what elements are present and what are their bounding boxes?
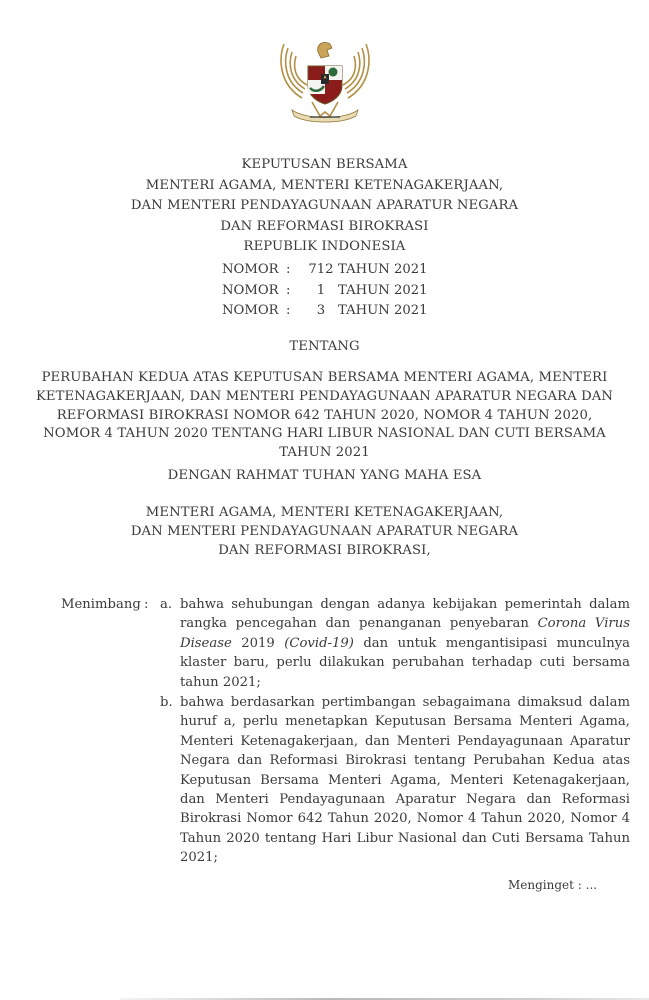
nomor-value: 712 — [304, 260, 338, 281]
nomor-year: TAHUN 2021 — [338, 260, 428, 281]
nomor-label: NOMOR — [222, 281, 286, 302]
subject-line: NOMOR 4 TAHUN 2020 TENTANG HARI LIBUR NA… — [0, 425, 649, 444]
title-line: DAN MENTERI PENDAYAGUNAAN APARATUR NEGAR… — [0, 196, 649, 217]
nomor-year: TAHUN 2021 — [338, 301, 428, 322]
nomor-colon: : — [286, 281, 304, 302]
menimbang-colon: : — [144, 595, 148, 614]
decree-numbers: NOMOR : 712 TAHUN 2021 NOMOR : 1 TAHUN 2… — [222, 260, 428, 322]
nomor-value: 3 — [304, 301, 338, 322]
subject-line: PERUBAHAN KEDUA ATAS KEPUTUSAN BERSAMA M… — [0, 369, 649, 388]
ministers-line: MENTERI AGAMA, MENTERI KETENAGAKERJAAN, — [0, 504, 649, 523]
item-letter: a. — [160, 595, 172, 614]
title-line: REPUBLIK INDONESIA — [0, 237, 649, 258]
nomor-value: 1 — [304, 281, 338, 302]
decree-subject: PERUBAHAN KEDUA ATAS KEPUTUSAN BERSAMA M… — [0, 369, 649, 463]
garuda-emblem-icon — [272, 30, 378, 128]
item-text-part: 2019 — [232, 636, 284, 651]
nomor-label: NOMOR — [222, 301, 286, 322]
title-line: KEPUTUSAN BERSAMA — [0, 155, 649, 176]
decree-number-row: NOMOR : 712 TAHUN 2021 — [222, 260, 428, 281]
menimbang-label: Menimbang — [61, 595, 141, 614]
item-text: bahwa sehubungan dengan adanya kebijakan… — [180, 595, 630, 692]
nomor-label: NOMOR — [222, 260, 286, 281]
invocation: DENGAN RAHMAT TUHAN YANG MAHA ESA — [0, 468, 649, 483]
nomor-colon: : — [286, 301, 304, 322]
title-line: DAN REFORMASI BIROKRASI — [0, 217, 649, 238]
title-line: MENTERI AGAMA, MENTERI KETENAGAKERJAAN, — [0, 176, 649, 197]
tentang-heading: TENTANG — [0, 339, 649, 354]
subject-line: REFORMASI BIROKRASI NOMOR 642 TAHUN 2020… — [0, 407, 649, 426]
page-continuation: Menginget : ... — [508, 878, 597, 892]
item-letter: b. — [160, 693, 173, 712]
decree-number-row: NOMOR : 1 TAHUN 2021 — [222, 281, 428, 302]
subject-line: TAHUN 2021 — [0, 444, 649, 463]
nomor-year: TAHUN 2021 — [338, 281, 428, 302]
subject-line: KETENAGAKERJAAN, DAN MENTERI PENDAYAGUNA… — [0, 388, 649, 407]
item-text: bahwa berdasarkan pertimbangan sebagaima… — [180, 693, 630, 868]
ministers-line: DAN REFORMASI BIROKRASI, — [0, 542, 649, 561]
item-text-italic: (Covid-19) — [284, 636, 354, 651]
document-title: KEPUTUSAN BERSAMA MENTERI AGAMA, MENTERI… — [0, 155, 649, 258]
ministers-heading: MENTERI AGAMA, MENTERI KETENAGAKERJAAN, … — [0, 504, 649, 560]
decree-number-row: NOMOR : 3 TAHUN 2021 — [222, 301, 428, 322]
nomor-colon: : — [286, 260, 304, 281]
ministers-line: DAN MENTERI PENDAYAGUNAAN APARATUR NEGAR… — [0, 523, 649, 542]
